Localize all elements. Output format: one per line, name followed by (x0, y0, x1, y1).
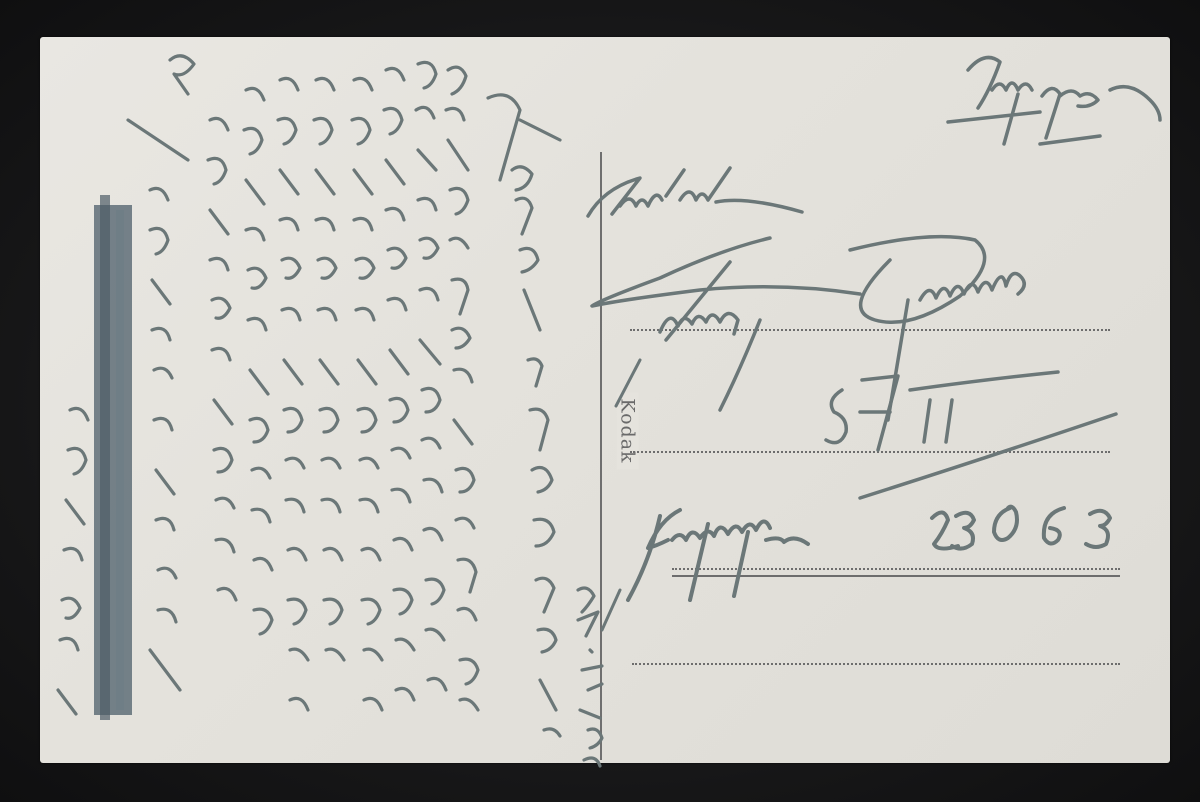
censor-mark (0, 0, 1200, 802)
